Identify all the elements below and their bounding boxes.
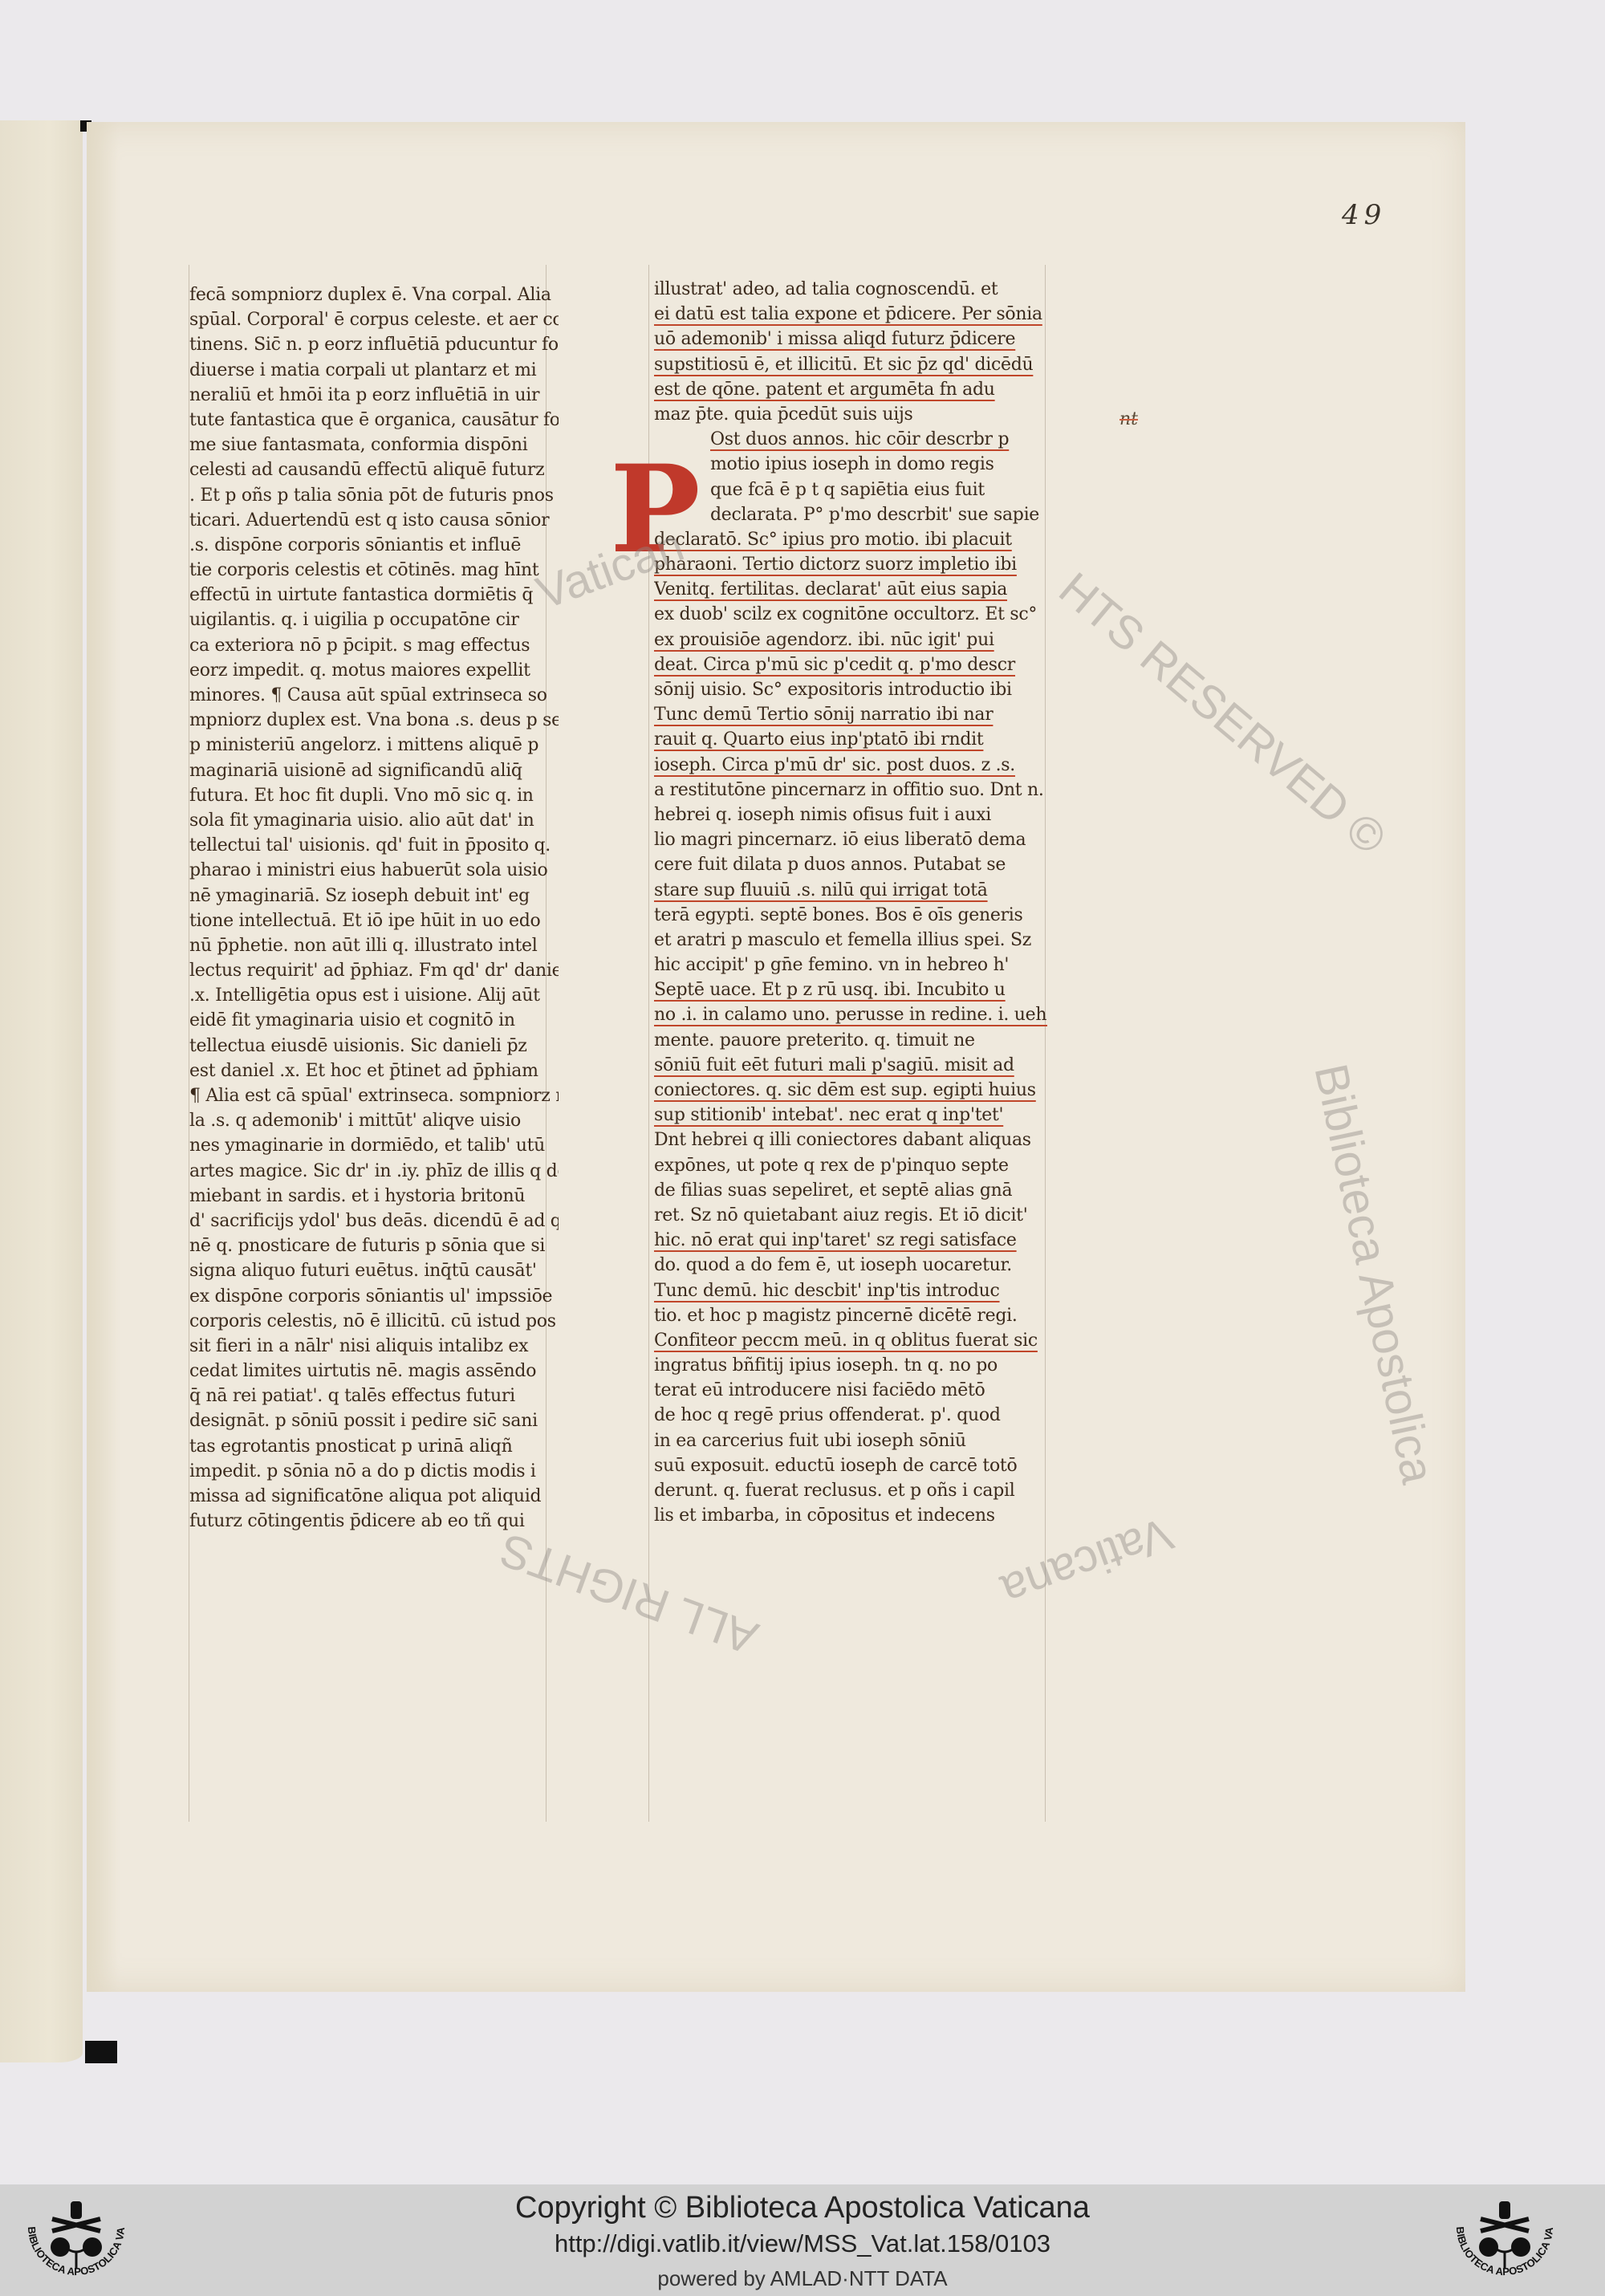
manuscript-line: a restitutōne pincernarz in offitio suo.… <box>654 778 1047 803</box>
manuscript-line: no .i. in calamo uno. perusse in redine.… <box>654 1002 1047 1027</box>
manuscript-line: d' sacrificijs ydol' bus deās. dicendū ē… <box>189 1209 559 1233</box>
manuscript-line: est de qōne. patent et argumēta fn adu <box>654 377 1047 402</box>
manuscript-line: celesti ad causandū effectū aliquē futur… <box>189 457 559 482</box>
manuscript-line: in ea carcerius fuit ubi ioseph sōniū <box>654 1428 1047 1453</box>
manuscript-line: suū exposuit. eductū ioseph de carcē tot… <box>654 1453 1047 1478</box>
manuscript-line: .x. Intelligētia opus est i uisione. Ali… <box>189 983 559 1008</box>
manuscript-line: tinens. Sic̄ n. p eorz influētiā pducunt… <box>189 332 559 357</box>
manuscript-line: tio. et hoc p magistz pincernē dicētē re… <box>654 1303 1047 1328</box>
manuscript-line: lectus requirit' ad p̄phiaz. Fm qd' dr' … <box>189 958 559 983</box>
manuscript-line: declarata. P° p'mo descrbit' sue sapie <box>654 502 1047 527</box>
manuscript-line: de hoc q regē prius offenderat. p'. quod <box>654 1403 1047 1428</box>
manuscript-line: maz p̄te. quia p̄cedūt suis uijs <box>654 402 1047 427</box>
manuscript-line: sōnij uisio. Sc° expositoris introductio… <box>654 677 1047 702</box>
manuscript-line: minores. ¶ Causa aūt spūal extrinseca so <box>189 683 559 708</box>
manuscript-line: eorz impedit. q. motus maiores expellit <box>189 658 559 683</box>
manuscript-line: stare sup fluuiū .s. nilū qui irrigat to… <box>654 878 1047 903</box>
manuscript-line: Tunc demū. hic descbit' inp'tis introduc <box>654 1278 1047 1303</box>
manuscript-line: Venitq. fertilitas. declarat' aūt eius s… <box>654 577 1047 602</box>
manuscript-line: pharaoni. Tertio dictorz suorz impletio … <box>654 552 1047 577</box>
manuscript-line: ex prouisiōe agendorz. ibi. nūc igit' pu… <box>654 628 1047 652</box>
manuscript-line: do. quod a do fem ē, ut ioseph uocaretur… <box>654 1253 1047 1278</box>
manuscript-url[interactable]: http://digi.vatlib.it/view/MSS_Vat.lat.1… <box>0 2229 1605 2258</box>
manuscript-line: ingratus bñfitij ipius ioseph. tn q. no … <box>654 1353 1047 1378</box>
manuscript-line: corporis celestis, nō ē illicitū. cū ist… <box>189 1309 559 1334</box>
manuscript-line: artes magice. Sic dr' in .iy. phīz de il… <box>189 1159 559 1184</box>
manuscript-line: .s. dispōne corporis sōniantis et influē <box>189 533 559 558</box>
manuscript-line: Dnt hebrei q illi coniectores dabant ali… <box>654 1128 1047 1152</box>
copyright-text: Copyright © Biblioteca Apostolica Vatica… <box>0 2191 1605 2225</box>
manuscript-line: nē q. pnosticare de futuris p sōnia que … <box>189 1233 559 1258</box>
margin-note: nt <box>1119 409 1138 429</box>
manuscript-line: Tunc demū Tertio sōnij narratio ibi nar <box>654 702 1047 727</box>
manuscript-line: la .s. q ademonib' i mittūt' aliqve uisi… <box>189 1108 559 1133</box>
manuscript-line: declaratō. Sc° ipius pro motio. ibi plac… <box>654 527 1047 552</box>
manuscript-line: sola fit ymaginaria uisio. alio aūt dat'… <box>189 808 559 833</box>
manuscript-line: impedit. p sōnia nō a do p dictis modis … <box>189 1459 559 1484</box>
manuscript-line: supstitiosū ē, et illicitū. Et sic p̄z q… <box>654 352 1047 377</box>
manuscript-line: lio magri pincernarz. iō eius liberatō d… <box>654 827 1047 852</box>
papal-arms-icon: BIBLIOTECA APOSTOLICA VATICANA <box>16 2195 136 2291</box>
manuscript-line: nū p̄phetie. non aūt illi q. illustrato … <box>189 933 559 958</box>
manuscript-line: Septē uace. Et p z rū usq. ibi. Incubito… <box>654 977 1047 1002</box>
manuscript-line: futurz cōtingentis p̄dicere ab eo tñ qui <box>189 1509 559 1534</box>
papal-arms-icon: BIBLIOTECA APOSTOLICA VATICANA <box>1444 2195 1565 2291</box>
manuscript-line: sup stitionib' intebat'. nec erat q inp'… <box>654 1103 1047 1128</box>
manuscript-line: futura. Et hoc fit dupli. Vno mō sic q. … <box>189 783 559 808</box>
manuscript-line: rauit q. Quarto eius inp'ptatō ibi rndit <box>654 727 1047 752</box>
manuscript-line: tas egrotantis pnosticat p urinā aliqñ <box>189 1434 559 1459</box>
manuscript-line: mpniorz duplex est. Vna bona .s. deus p … <box>189 708 559 733</box>
manuscript-line: fecā sompniorz duplex ē. Vna corpal. Ali… <box>189 282 559 307</box>
manuscript-line: deat. Circa p'mū sic p'cedit q. p'mo des… <box>654 652 1047 677</box>
manuscript-line: uō ademonib' i missa aliqd futurz p̄dice… <box>654 327 1047 352</box>
copyright-footer: Copyright © Biblioteca Apostolica Vatica… <box>0 2184 1605 2296</box>
manuscript-line: miebant in sardis. et i hystoria britonū <box>189 1184 559 1209</box>
manuscript-line: terat eū introducere nisi faciēdo mētō <box>654 1378 1047 1403</box>
manuscript-line: coniectores. q. sic dēm est sup. egipti … <box>654 1078 1047 1103</box>
manuscript-line: missa ad significatōne aliqua pot aliqui… <box>189 1484 559 1509</box>
manuscript-line: maginariā uisionē ad significandū aliq̄ <box>189 758 559 783</box>
manuscript-line: lis et imbarba, in cōpositus et indecens <box>654 1503 1047 1528</box>
manuscript-line: sit fieri in a nālr' nisi aliquis intali… <box>189 1334 559 1359</box>
manuscript-line: cere fuit dilata p duos annos. Putabat s… <box>654 852 1047 877</box>
manuscript-line: ticari. Aduertendū est q isto causa sōni… <box>189 508 559 533</box>
manuscript-line: derunt. q. fuerat reclusus. et p oñs i c… <box>654 1478 1047 1503</box>
manuscript-line: ret. Sz nō quietabant aiuz regis. Et iō … <box>654 1203 1047 1228</box>
manuscript-line: diuerse i matia corpali ut plantarz et m… <box>189 358 559 383</box>
manuscript-line: pharao i ministri eius habuerūt sola uis… <box>189 858 559 883</box>
manuscript-line: que fcā ē p t q sapiētia eius fuit <box>654 477 1047 502</box>
gutter-marker-bottom <box>85 2041 117 2063</box>
manuscript-line: ioseph. Circa p'mū dr' sic. post duos. z… <box>654 753 1047 778</box>
powered-by-text: powered by AMLAD·NTT DATA <box>0 2266 1605 2291</box>
manuscript-line: tione intellectuā. Et iō ipe hūit in uo … <box>189 908 559 933</box>
right-text-column: illustrat' adeo, ad talia cognoscendū. e… <box>654 277 1047 1528</box>
manuscript-line: motio ipius ioseph in domo regis <box>654 452 1047 477</box>
vatican-library-logo-right: BIBLIOTECA APOSTOLICA VATICANA <box>1444 2195 1565 2291</box>
manuscript-line: cedat limites uirtutis nē. magis assēndo <box>189 1359 559 1384</box>
manuscript-line: ei datū est talia expone et p̄dicere. Pe… <box>654 302 1047 327</box>
manuscript-line: tute fantastica que ē organica, causātur… <box>189 408 559 433</box>
manuscript-line: signa aliquo futuri euētus. inq̄tū causā… <box>189 1258 559 1283</box>
folio-number: 49 <box>1342 199 1386 231</box>
manuscript-line: ex dispōne corporis sōniantis ul' impssi… <box>189 1284 559 1309</box>
manuscript-line: q̄ nā rei patiat'. q talēs effectus futu… <box>189 1384 559 1408</box>
manuscript-line: neraliū et hmōi ita p eorz influētiā in … <box>189 383 559 408</box>
manuscript-line: ca exteriora nō p p̄cipit. s mag effectu… <box>189 633 559 658</box>
manuscript-line: eidē fit ymaginaria uisio et cognitō in <box>189 1008 559 1033</box>
manuscript-line: sōniū fuit eēt futuri mali p'sagiū. misi… <box>654 1053 1047 1078</box>
manuscript-line: tellectua eiusdē uisionis. Sic danieli p… <box>189 1034 559 1059</box>
left-text-column: fecā sompniorz duplex ē. Vna corpal. Ali… <box>189 282 559 1534</box>
manuscript-line: nē ymaginariā. Sz ioseph debuit int' eg <box>189 884 559 908</box>
manuscript-line: expōnes, ut pote q rex de p'pinquo septe <box>654 1153 1047 1178</box>
manuscript-line: . Et p oñs p talia sōnia pōt de futuris … <box>189 483 559 508</box>
manuscript-line: effectū in uirtute fantastica dormiētis … <box>189 583 559 608</box>
manuscript-line: ¶ Alia est cā spūal' extrinseca. sompnio… <box>189 1083 559 1108</box>
manuscript-line: terā egypti. septē bones. Bos ē oīs gene… <box>654 903 1047 928</box>
manuscript-line: mente. pauore preterito. q. timuit ne <box>654 1028 1047 1053</box>
manuscript-line: illustrat' adeo, ad talia cognoscendū. e… <box>654 277 1047 302</box>
manuscript-line: Ost duos annos. hic cōir descrbr p <box>654 427 1047 452</box>
manuscript-line: tie corporis celestis et cōtinēs. mag hī… <box>189 558 559 583</box>
manuscript-line: nes ymaginarie in dormiēdo, et talib' ut… <box>189 1133 559 1158</box>
manuscript-line: de filias suas sepeliret, et septē alias… <box>654 1178 1047 1203</box>
manuscript-line: designāt. p sōniū possit i pedire sic̄ s… <box>189 1408 559 1433</box>
manuscript-line: ex duob' scilz ex cognitōne occultorz. E… <box>654 602 1047 627</box>
manuscript-line: p ministeriū angelorz. i mittens aliquē … <box>189 733 559 758</box>
manuscript-line: tellectui tal' uisionis. qd' fuit in p̄p… <box>189 833 559 858</box>
manuscript-line: Confiteor peccm meū. in q oblitus fuerat… <box>654 1328 1047 1353</box>
manuscript-line: hebrei q. ioseph nimis ofisus fuit i aux… <box>654 803 1047 827</box>
manuscript-line: et aratri p masculo et femella illius sp… <box>654 928 1047 953</box>
facing-page-edge <box>0 120 83 2062</box>
manuscript-line: hic accipit' p gn̄e femino. vn in hebreo… <box>654 953 1047 977</box>
vatican-library-logo-left: BIBLIOTECA APOSTOLICA VATICANA <box>16 2195 136 2291</box>
manuscript-line: me siue fantasmata, conformia dispōni <box>189 433 559 457</box>
manuscript-line: hic. nō erat qui inp'taret' sz regi sati… <box>654 1228 1047 1253</box>
manuscript-line: uigilantis. q. i uigilia p occupatōne ci… <box>189 608 559 632</box>
manuscript-line: est daniel .x. Et hoc et p̄tinet ad p̄ph… <box>189 1059 559 1083</box>
manuscript-line: spūal. Corporal' ē corpus celeste. et ae… <box>189 307 559 332</box>
